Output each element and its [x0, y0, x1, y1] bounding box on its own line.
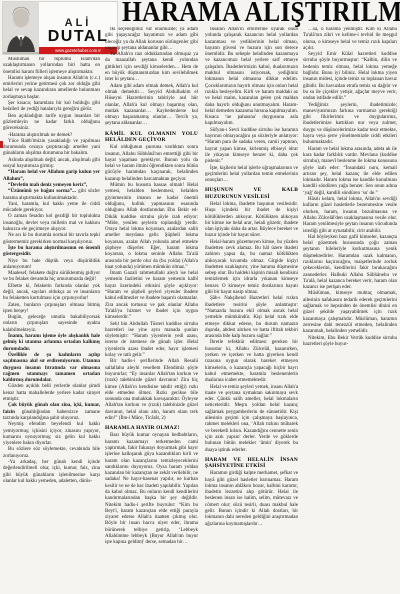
article-paragraph: “Haram helal ver Allahım garip kulun yer…	[3, 170, 100, 183]
article-paragraph: Sehl bin Abdullah Tüsteri kuddise sirruh…	[105, 322, 198, 360]
author-portrait-photo	[3, 2, 39, 54]
section-subheading: HUŞUNUN VE KALB HUZURUNUN VESİLESİ	[205, 187, 298, 200]
page-title: HARAMA ALIŞTIRILMAK	[122, 0, 400, 28]
article-paragraph: “Üzümünü ye bağını sorma”... gibi sözler…	[3, 189, 100, 202]
article-paragraph: Helal lokma, ibadette huşunun vesilesidi…	[205, 202, 298, 240]
article-paragraph: Haram ve helal lokma arasında, adeta ak …	[303, 147, 397, 197]
article-paragraph: Maalesef, felakete doğru sürüklenmiş gid…	[3, 271, 100, 284]
author-last-name: DUTAL	[48, 29, 109, 45]
article-paragraph: Yediğimiz şeylerin, ibadetimizde; manevi…	[303, 103, 397, 147]
article-paragraph: Niye bu hale düştük veya düşürüldük anla…	[3, 259, 100, 272]
article-paragraph: Nitekim, Ebu Bekir Verrâk kuddise sirruh…	[303, 336, 397, 349]
article-paragraph: Helal ve temiz şeyleri yemek, insanı All…	[205, 385, 298, 454]
article-paragraph: Helal-haram gözetmeyen kimse, bu yüzden …	[205, 240, 298, 297]
article-paragraph: Özellikle de şu kadınların açılıp saçılm…	[3, 353, 100, 384]
article-paragraph: İşte, kişilerin helal işlerle uğraşmalar…	[205, 166, 298, 185]
article-paragraph: İnsanın Allah'ın emirlerine uyarak onun …	[205, 27, 298, 128]
portrait-illustration	[3, 2, 39, 52]
article-paragraph: Ya Allah'ın razı olduklarından olmuşuz y…	[105, 52, 198, 83]
article-paragraph: Seyyid Emir Külal hazretleri kuddise sir…	[303, 52, 397, 102]
article-paragraph: O zaman fesadın kol gezdiği bir topluluk…	[3, 214, 100, 233]
article-paragraph: Gözden açıklık belli yerlerde olanlar şi…	[3, 384, 100, 403]
headline-wrap: HARAMA ALIŞTIRILMAK	[122, 0, 400, 28]
article-column-4: …sa, o harama yenmiştir. Kim ki Allahu T…	[303, 27, 397, 593]
article-paragraph: Elbette ki, felaketin farkında olanlar y…	[3, 284, 100, 303]
article-paragraph: Bazı büyük kumar oynayan bedbahtların, h…	[105, 433, 198, 546]
article-paragraph: Şâh-ı Nakşibend Hazretleri helal rızkın …	[205, 296, 298, 340]
article-paragraph: -Ya arkadaş, her günah kendi içinde değe…	[3, 460, 100, 485]
article-paragraph: İnanın, haramı işleme öyle alışkanlık ha…	[3, 334, 100, 353]
article-paragraph: Ne acı ki bu durumla normal bir tavırla …	[3, 233, 100, 246]
author-box: ALİ DUTAL www.gazetehaber.com.tr	[2, 1, 118, 55]
article-paragraph: Bu sözlere söz söylemekte, cevabında bil…	[3, 447, 100, 460]
article-paragraph: Mümin bu hususta hassas olmalı! Helal ye…	[105, 183, 198, 271]
article-paragraph: İmam Gazali rahmetullahi aleyh ise helal…	[105, 271, 198, 321]
article-paragraph: Neymiş efendim beyefendi kul hakkı yemiy…	[3, 422, 100, 447]
paragraph-bold-lead: Çok büyük günah olan zina, içki, kumar, …	[3, 403, 100, 414]
section-subheading: HARAM VE HELALİN İNSAN ŞAHSİYETİNE ETKİS…	[205, 457, 298, 470]
article-paragraph: Çok büyük günah olan zina, içki, kumar, …	[3, 403, 100, 422]
article-paragraph: Şer kısaca; haramlara bir kul bulduğu gi…	[3, 101, 100, 114]
article-paragraph: İbretle tefekkür edilmesi gereken bir hu…	[205, 340, 298, 384]
article-paragraph: Hal böyleyken bazı gafil kimseler, kazan…	[303, 235, 397, 292]
paragraph-bold-lead: “Üzümünü ye bağını sorma”...	[8, 189, 78, 194]
section-subheading: HARAMLA HAYIR OLMAZ!	[105, 425, 198, 432]
article-paragraph: Hâsılı kelam, helal lokma, Allah'ın sevd…	[303, 197, 397, 235]
article-paragraph: Bugün, geleceğe umutla bakabiliyorsak on…	[3, 315, 100, 334]
article-paragraph: Zaten, bunların çırpınışları olmasa bitm…	[3, 303, 100, 316]
article-paragraph: Ben açıkladığım tarife uygun insanları b…	[3, 114, 100, 133]
newspaper-page: ALİ DUTAL www.gazetehaber.com.tr HARAMA …	[0, 0, 400, 594]
article-column-2: İki seçeneğimiz var önümüzde; ya adam gi…	[105, 27, 198, 593]
article-paragraph: Haramı işlemeye alışan insanın Allah'ın …	[3, 76, 100, 101]
article-column-1: Müslüman bir toplumu İslam'dan uzaklaştı…	[3, 57, 100, 593]
article-paragraph: Bir hadis-i şeriflerinde Allah Resulü sa…	[105, 359, 198, 422]
article-paragraph: Yüce Rabb'imizin yasakladığı ve yapılmas…	[3, 139, 100, 158]
article-column-3: İnsanın Allah'ın emirlerine uyarak onun …	[205, 27, 298, 593]
article-paragraph: Adam gibi adam olmak demek, Allah'a kul …	[105, 84, 198, 128]
article-paragraph: Müslüman bir toplumu İslam'dan uzaklaştı…	[3, 57, 100, 76]
article-paragraph: Aslında alışılmalı değil; ancak, alışılm…	[3, 158, 100, 171]
article-paragraph: Yani, haramla, kul hakkı yeme ile ciddi …	[3, 202, 100, 215]
article-paragraph: …sa, o harama yenmiştir. Kim ki Allahu T…	[303, 27, 397, 52]
article-paragraph: Süfyan-ı Sevri kuddise sirruhu ise haram…	[205, 128, 298, 166]
article-paragraph: İki seçeneğimiz var önümüzde; ya adam gi…	[105, 27, 198, 52]
article-paragraph: Kul olduğunun şuuruna vardıktan sonra in…	[105, 145, 198, 183]
section-subheading: KÂMİL KUL OLMANIN YOLU HELÂLDEN GEÇİYOR	[105, 131, 198, 144]
article-paragraph: Haramın girdiği kalpte merhamet, şefkat …	[205, 471, 298, 528]
article-paragraph: İşte bu harama alıştırılmasının en öneml…	[3, 246, 100, 259]
article-paragraph: Müslüman, kimseye muhtaç olmamak, ailesi…	[303, 291, 397, 335]
